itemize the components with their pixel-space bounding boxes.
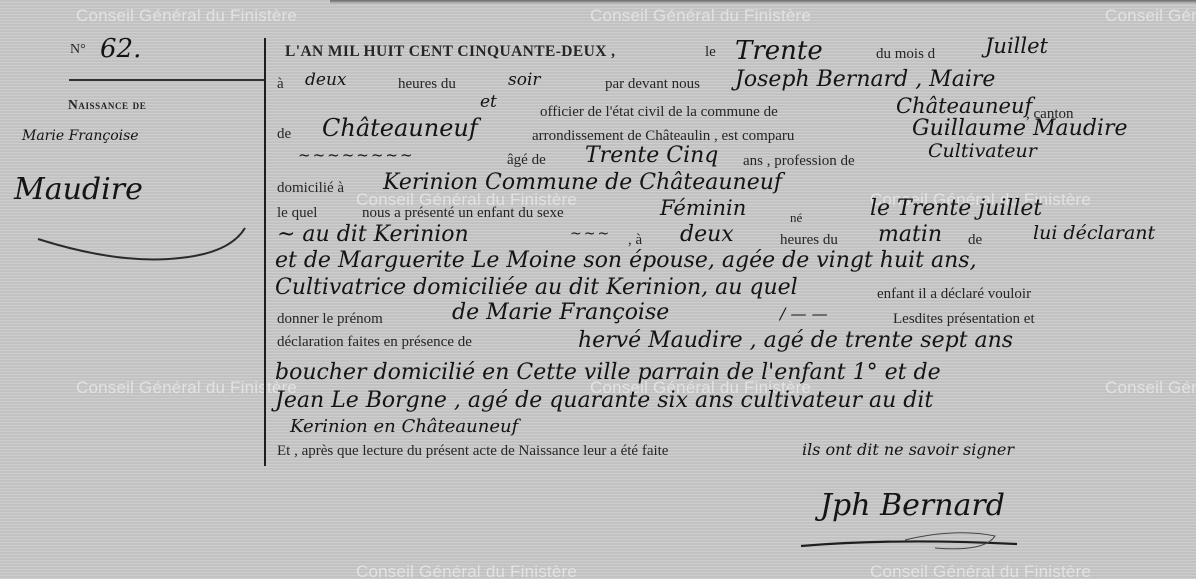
printed-par-devant: par devant nous	[605, 76, 700, 93]
hand-birth-date: le Trente juillet	[870, 196, 1042, 221]
hand-time-of-day: soir	[508, 70, 541, 90]
watermark: Conseil Général du Finistère	[870, 562, 1091, 579]
signature-flourish	[795, 530, 1025, 560]
hand-age: Trente Cinq	[585, 143, 718, 168]
printed-officier: officier de l'état civil de la commune d…	[540, 104, 778, 121]
printed-de-2: de	[968, 232, 982, 249]
printed-age-de: âgé de	[507, 152, 546, 169]
hand-hour: deux	[305, 70, 346, 90]
printed-presente: nous a présenté un enfant du sexe	[362, 205, 564, 222]
watermark: Conseil Général du Finistère	[590, 6, 811, 26]
hand-de-commune: Châteauneuf	[322, 114, 478, 142]
printed-lequel: le quel	[277, 205, 317, 222]
hand-place-dashes: ~~~	[570, 226, 611, 242]
hand-dashes: ~~~~~~~~	[298, 146, 415, 164]
printed-heures-du: heures du	[398, 76, 456, 93]
column-divider	[264, 38, 266, 466]
hand-of-declarant: lui déclarant	[1033, 222, 1155, 244]
margin-heading: Naissance de	[68, 97, 146, 113]
watermark: Conseil Général du Finistère	[356, 562, 577, 579]
margin-flourish	[30, 225, 255, 265]
watermark: Conseil Général du Finistère	[1105, 378, 1196, 398]
printed-domicilie: domicilié à	[277, 180, 344, 197]
printed-year: L'AN MIL HUIT CENT CINQUANTE-DEUX ,	[285, 43, 615, 61]
hand-witness1: hervé Maudire , agé de trente sept ans	[578, 328, 1013, 353]
printed-de: de	[277, 126, 291, 143]
hand-sex: Féminin	[660, 196, 746, 220]
printed-du-mois: du mois d	[876, 46, 935, 63]
margin-surname: Maudire	[14, 172, 143, 207]
printed-heures-du-2: heures du	[780, 232, 838, 249]
watermark: Conseil Général du Finistère	[76, 6, 297, 26]
printed-declaration: déclaration faites en présence de	[277, 334, 472, 351]
printed-comma-a: , à	[628, 232, 642, 249]
hand-declarant: Guillaume Maudire	[912, 116, 1127, 141]
printed-donner-prenom: donner le prénom	[277, 311, 383, 328]
margin-divider	[69, 79, 265, 81]
entry-number-label: N°	[70, 42, 86, 58]
margin-given-names: Marie Françoise	[22, 128, 139, 144]
watermark: Conseil Général du Finistère	[1105, 6, 1196, 26]
page-top-edge	[330, 0, 1196, 4]
hand-place: ~ au dit Kerinion	[277, 222, 469, 247]
hand-witness2-cont: Kerinion en Châteauneuf	[290, 416, 518, 437]
hand-witness2: Jean Le Borgne , agé de quarante six ans…	[275, 388, 933, 413]
printed-lesdites: Lesdites présentation et	[893, 311, 1035, 328]
printed-profession: ans , profession de	[743, 153, 855, 170]
hand-mother: et de Marguerite Le Moine son épouse, ag…	[275, 248, 977, 273]
hand-closing: ils ont dit ne savoir signer	[802, 440, 1014, 459]
hand-month: Juillet	[985, 34, 1048, 58]
hand-mother-occupation: Cultivatrice domiciliée au dit Kerinion,…	[275, 275, 798, 300]
hand-mayor: Joseph Bernard , Maire	[735, 67, 995, 92]
hand-first-names: de Marie Françoise	[452, 300, 669, 325]
hand-profession: Cultivateur	[928, 140, 1037, 162]
hand-et: et	[480, 92, 497, 112]
printed-closing: Et , après que lecture du présent acte d…	[277, 443, 668, 460]
printed-a: à	[277, 76, 284, 93]
hand-commune: Châteauneuf	[896, 94, 1032, 118]
entry-number: 62.	[100, 34, 141, 64]
hand-first-names-dashes: / — —	[780, 304, 828, 323]
hand-witness1-cont: boucher domicilié en Cette ville parrain…	[275, 360, 941, 385]
hand-birth-hour: deux	[680, 222, 734, 247]
hand-residence: Kerinion Commune de Châteauneuf	[383, 170, 782, 195]
printed-le: le	[705, 44, 716, 61]
hand-birth-period: matin	[878, 222, 942, 247]
mayor-signature: Jph Bernard	[820, 488, 1005, 523]
hand-day: Trente	[735, 36, 823, 66]
printed-ne: né	[790, 210, 802, 226]
birth-register-page: Conseil Général du Finistère Conseil Gén…	[0, 0, 1196, 579]
printed-enfant-declare: enfant il a déclaré vouloir	[877, 286, 1031, 303]
